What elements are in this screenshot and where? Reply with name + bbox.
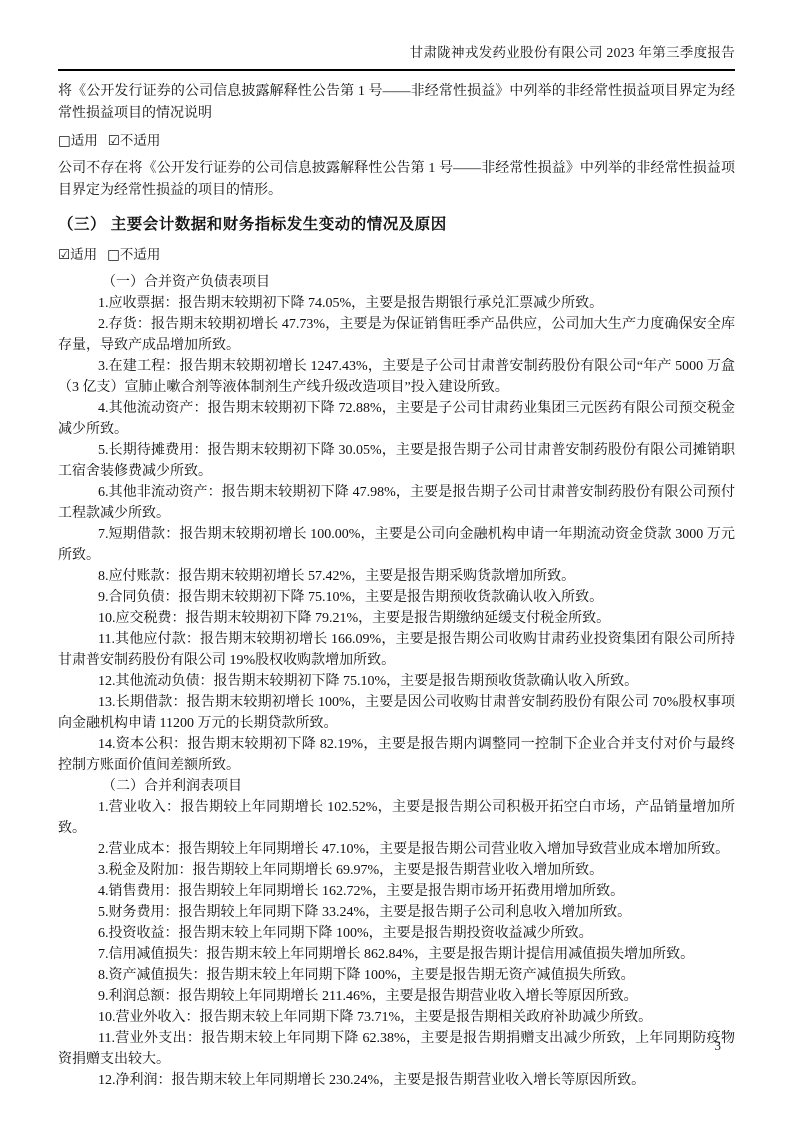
- income-statement-item-12: 12.净利润：报告期末较上年同期增长 230.24%，主要是报告期营业收入增长等…: [58, 1070, 735, 1091]
- balance-sheet-item-8: 8.应付账款：报告期末较期初增长 57.42%，主要是报告期采购货款增加所致。: [58, 566, 735, 587]
- checkbox-checked-applicable: ☑适用: [58, 247, 97, 263]
- applicability-line-intro: □适用☑不适用: [58, 130, 735, 153]
- income-statement-item-5: 5.财务费用：报告期较上年同期下降 33.24%，主要是报告期子公司利息收入增加…: [58, 902, 735, 923]
- balance-sheet-item-13: 13.长期借款：报告期末较期初增长 100%，主要是因公司收购甘肃普安制药股份有…: [58, 692, 735, 734]
- report-page: 甘肃陇神戎发药业股份有限公司 2023 年第三季度报告 将《公开发行证券的公司信…: [0, 0, 793, 1122]
- nonrecurring-statement-body: 公司不存在将《公开发行证券的公司信息披露解释性公告第 1 号——非经常性损益》中…: [58, 158, 735, 202]
- income-statement-item-4: 4.销售费用：报告期较上年同期增长 162.72%，主要是报告期市场开拓费用增加…: [58, 881, 735, 902]
- balance-sheet-item-6: 6.其他非流动资产：报告期末较期初下降 47.98%，主要是报告期子公司甘肃普安…: [58, 482, 735, 524]
- income-statement-subsection-title: （二）合并利润表项目: [58, 776, 735, 797]
- page-number: 3: [715, 1038, 722, 1054]
- income-statement-item-1: 1.营业收入：报告期较上年同期增长 102.52%，主要是报告期公司积极开拓空白…: [58, 797, 735, 839]
- balance-sheet-item-2: 2.存货：报告期末较期初增长 47.73%，主要是为保证销售旺季产品供应，公司加…: [58, 314, 735, 356]
- document-body: 将《公开发行证券的公司信息披露解释性公告第 1 号——非经常性损益》中列举的非经…: [0, 81, 793, 1091]
- income-statement-item-3: 3.税金及附加：报告期较上年同期增长 69.97%，主要是报告期营业收入增加所致…: [58, 860, 735, 881]
- balance-sheet-item-3: 3.在建工程：报告期末较期初增长 1247.43%，主要是子公司甘肃普安制药股份…: [58, 356, 735, 398]
- balance-sheet-item-4: 4.其他流动资产：报告期末较期初下降 72.88%，主要是子公司甘肃药业集团三元…: [58, 398, 735, 440]
- balance-sheet-item-14: 14.资本公积：报告期末较期初下降 82.19%，主要是报告期内调整同一控制下企…: [58, 734, 735, 776]
- checkbox-unchecked-applicable: □适用: [58, 133, 98, 149]
- balance-sheet-item-9: 9.合同负债：报告期末较期初下降 75.10%，主要是报告期预收货款确认收入所致…: [58, 587, 735, 608]
- income-statement-item-7: 7.信用减值损失：报告期末较上年同期增长 862.84%，主要是报告期计提信用减…: [58, 944, 735, 965]
- header-title: 甘肃陇神戎发药业股份有限公司 2023 年第三季度报告: [58, 44, 735, 69]
- income-statement-item-2: 2.营业成本：报告期较上年同期增长 47.10%，主要是报告期公司营业收入增加导…: [58, 839, 735, 860]
- balance-sheet-subsection-title: （一）合并资产负债表项目: [58, 272, 735, 293]
- income-statement-item-9: 9.利润总额：报告期较上年同期增长 211.46%，主要是报告期营业收入增长等原…: [58, 986, 735, 1007]
- header-divider: [58, 69, 735, 71]
- checkbox-checked-not-applicable: ☑不适用: [108, 133, 161, 149]
- balance-sheet-item-10: 10.应交税费：报告期末较期初下降 79.21%，主要是报告期缴纳延缓支付税金所…: [58, 608, 735, 629]
- balance-sheet-item-11: 11.其他应付款：报告期末较期初增长 166.09%，主要是报告期公司收购甘肃药…: [58, 629, 735, 671]
- nonrecurring-statement-title: 将《公开发行证券的公司信息披露解释性公告第 1 号——非经常性损益》中列举的非经…: [58, 81, 735, 125]
- balance-sheet-item-7: 7.短期借款：报告期末较期初增长 100.00%，主要是公司向金融机构申请一年期…: [58, 524, 735, 566]
- checkbox-unchecked-not-applicable: □不适用: [107, 247, 160, 263]
- balance-sheet-item-5: 5.长期待摊费用：报告期末较期初下降 30.05%，主要是报告期子公司甘肃普安制…: [58, 440, 735, 482]
- income-statement-item-8: 8.资产减值损失：报告期末较上年同期下降 100%，主要是报告期无资产减值损失所…: [58, 965, 735, 986]
- document-header: 甘肃陇神戎发药业股份有限公司 2023 年第三季度报告: [0, 0, 793, 71]
- income-statement-item-10: 10.营业外收入：报告期末较上年同期下降 73.71%，主要是报告期相关政府补助…: [58, 1007, 735, 1028]
- applicability-line-section3: ☑适用□不适用: [58, 244, 735, 267]
- income-statement-item-6: 6.投资收益：报告期末较上年同期下降 100%，主要是报告期投资收益减少所致。: [58, 923, 735, 944]
- section-3-heading: （三） 主要会计数据和财务指标发生变动的情况及原因: [58, 214, 735, 236]
- balance-sheet-item-12: 12.其他流动负债：报告期末较期初下降 75.10%，主要是报告期预收货款确认收…: [58, 671, 735, 692]
- income-statement-item-11: 11.营业外支出：报告期末较上年同期下降 62.38%，主要是报告期捐赠支出减少…: [58, 1028, 735, 1070]
- balance-sheet-item-1: 1.应收票据：报告期末较期初下降 74.05%，主要是报告期银行承兑汇票减少所致…: [58, 293, 735, 314]
